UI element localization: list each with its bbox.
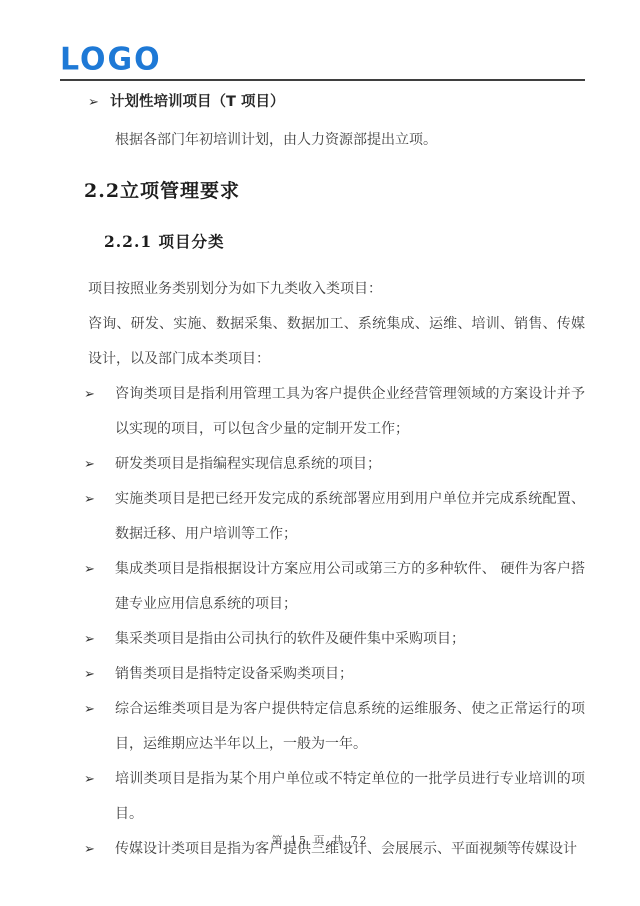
list-item: ➢ 集成类项目是指根据设计方案应用公司或第三方的多种软件、 硬件为客户搭建专业应…: [84, 552, 585, 622]
page-header: LOGO: [0, 0, 640, 81]
bullet-arrow-icon: ➢: [84, 552, 95, 587]
list-item: ➢ 集采类项目是指由公司执行的软件及硬件集中采购项目；: [84, 622, 585, 657]
list-item: ➢ 实施类项目是把已经开发完成的系统部署应用到用户单位并完成系统配置、数据迁移、…: [84, 482, 585, 552]
list-item: ➢ 咨询类项目是指利用管理工具为客户提供企业经营管理领域的方案设计并予以实现的项…: [84, 377, 585, 447]
body-paragraph: 咨询、研发、实施、数据采集、数据加工、系统集成、运维、培训、销售、传媒设计，以及…: [88, 307, 585, 377]
section-heading-2-2: 2.2立项管理要求: [84, 176, 585, 203]
list-item-text: 研发类项目是指编程实现信息系统的项目；: [115, 456, 381, 472]
project-type-list: ➢ 咨询类项目是指利用管理工具为客户提供企业经营管理领域的方案设计并予以实现的项…: [84, 377, 585, 867]
header-divider: [60, 79, 585, 81]
bullet-arrow-icon: ➢: [84, 377, 95, 412]
bullet-arrow-icon: ➢: [84, 657, 95, 692]
bullet-arrow-icon: ➢: [84, 692, 95, 727]
list-item-text: 综合运维类项目是为客户提供特定信息系统的运维服务、使之正常运行的项目，运维期应达…: [115, 701, 585, 752]
bold-bullet-heading: ➢计划性培训项目（T 项目）: [88, 91, 585, 114]
bullet-arrow-icon: ➢: [84, 762, 95, 797]
list-item: ➢ 销售类项目是指特定设备采购类项目；: [84, 657, 585, 692]
page-number-footer: 第 15 页 共 72: [0, 832, 640, 848]
intro-paragraph: 根据各部门年初培训计划，由人力资源部提出立项。: [115, 129, 585, 151]
section-heading-2-2-1: 2.2.1 项目分类: [104, 230, 585, 252]
list-item: ➢ 综合运维类项目是为客户提供特定信息系统的运维服务、使之正常运行的项目，运维期…: [84, 692, 585, 762]
list-item: ➢ 研发类项目是指编程实现信息系统的项目；: [84, 447, 585, 482]
list-item: ➢ 培训类项目是指为某个用户单位或不特定单位的一批学员进行专业培训的项目。: [84, 762, 585, 832]
list-item-text: 培训类项目是指为某个用户单位或不特定单位的一批学员进行专业培训的项目。: [115, 771, 585, 822]
document-page: LOGO ➢计划性培训项目（T 项目） 根据各部门年初培训计划，由人力资源部提出…: [0, 0, 640, 906]
bullet-arrow-icon: ➢: [88, 92, 110, 114]
list-item-text: 集成类项目是指根据设计方案应用公司或第三方的多种软件、 硬件为客户搭建专业应用信…: [115, 561, 585, 612]
list-item-text: 咨询类项目是指利用管理工具为客户提供企业经营管理领域的方案设计并予以实现的项目，…: [115, 386, 585, 437]
bold-bullet-heading-text: 计划性培训项目（T 项目）: [110, 94, 284, 110]
bullet-arrow-icon: ➢: [84, 622, 95, 657]
company-logo: LOGO: [60, 44, 162, 76]
bullet-arrow-icon: ➢: [84, 447, 95, 482]
bullet-arrow-icon: ➢: [84, 482, 95, 517]
body-paragraph: 项目按照业务类别划分为如下九类收入类项目：: [88, 272, 585, 307]
list-item-text: 销售类项目是指特定设备采购类项目；: [115, 666, 353, 682]
list-item-text: 集采类项目是指由公司执行的软件及硬件集中采购项目；: [115, 631, 465, 647]
list-item-text: 实施类项目是把已经开发完成的系统部署应用到用户单位并完成系统配置、数据迁移、用户…: [115, 491, 585, 542]
